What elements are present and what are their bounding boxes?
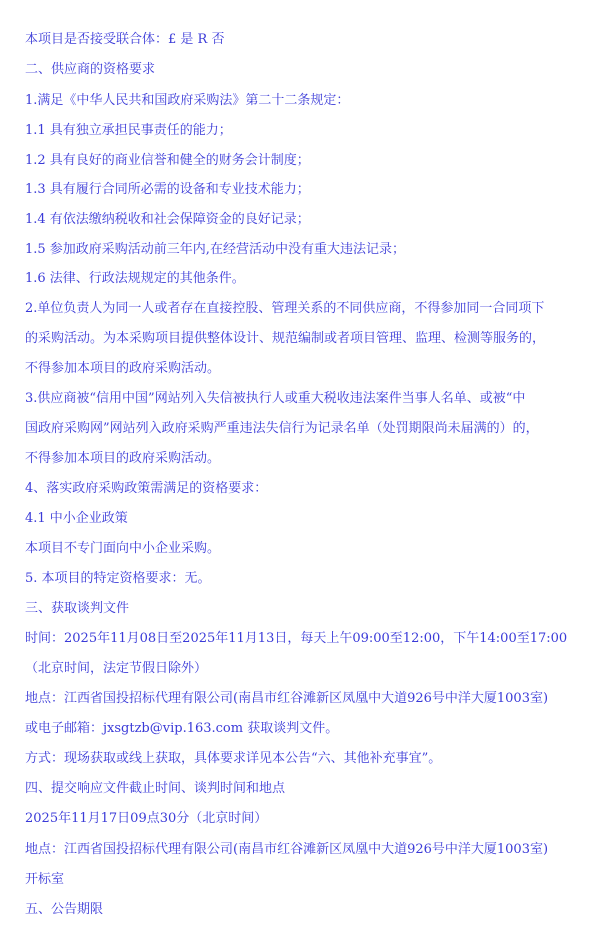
section-heading-announcement-period: 五、公告期限 bbox=[25, 902, 103, 918]
clause-1-3: 1.3 具有履行合同所必需的设备和专业技术能力； bbox=[25, 182, 310, 198]
negotiation-location: 地点：江西省国投招标代理有限公司(南昌市红谷滩新区凤凰中大道926号中洋大厦10… bbox=[25, 842, 548, 858]
clause-5: 5. 本项目的特定资格要求：无。 bbox=[25, 571, 211, 587]
clause-2-line-3: 不得参加本项目的政府采购活动。 bbox=[25, 361, 220, 377]
clause-3-line-3: 不得参加本项目的政府采购活动。 bbox=[25, 451, 220, 467]
clause-4-1: 4.1 中小企业政策 bbox=[25, 511, 128, 527]
clause-1-5: 1.5 参加政府采购活动前三年内,在经营活动中没有重大违法记录； bbox=[25, 242, 405, 258]
obtain-method: 方式：现场获取或线上获取，具体要求详见本公告“六、其他补充事宜”。 bbox=[25, 751, 441, 767]
sme-policy-statement: 本项目不专门面向中小企业采购。 bbox=[25, 541, 220, 557]
submission-deadline: 2025年11月17日09点30分（北京时间） bbox=[25, 811, 267, 827]
clause-4: 4、落实政府采购政策需满足的资格要求： bbox=[25, 481, 267, 497]
obtain-time-note: （北京时间，法定节假日除外） bbox=[25, 661, 207, 677]
clause-1-1: 1.1 具有独立承担民事责任的能力； bbox=[25, 123, 232, 139]
obtain-location: 地点：江西省国投招标代理有限公司(南昌市红谷滩新区凤凰中大道926号中洋大厦10… bbox=[25, 691, 548, 707]
clause-1: 1.满足《中华人民共和国政府采购法》第二十二条规定： bbox=[25, 93, 349, 109]
clause-3-line-1: 3.供应商被“信用中国”网站列入失信被执行人或重大税收违法案件当事人名单、或被“… bbox=[25, 391, 525, 407]
clause-1-4: 1.4 有依法缴纳税收和社会保障资金的良好记录； bbox=[25, 212, 310, 228]
consortium-acceptance-line: 本项目是否接受联合体：£ 是 R 否 bbox=[25, 32, 224, 48]
negotiation-room: 开标室 bbox=[25, 872, 64, 888]
clause-1-2: 1.2 具有良好的商业信誉和健全的财务会计制度； bbox=[25, 153, 310, 169]
obtain-email: 或电子邮箱：jxsgtzb@vip.163.com 获取谈判文件。 bbox=[25, 721, 338, 737]
section-heading-obtain-documents: 三、获取谈判文件 bbox=[25, 601, 129, 617]
clause-1-6: 1.6 法律、行政法规规定的其他条件。 bbox=[25, 271, 245, 287]
clause-3-line-2: 国政府采购网”网站列入政府采购严重违法失信行为记录名单（处罚期限尚未届满的）的， bbox=[25, 421, 539, 437]
obtain-time: 时间：2025年11月08日至2025年11月13日，每天上午09:00至12:… bbox=[25, 631, 567, 647]
section-heading-supplier-qualifications: 二、供应商的资格要求 bbox=[25, 62, 155, 78]
clause-2-line-1: 2.单位负责人为同一人或者存在直接控股、管理关系的不同供应商，不得参加同一合同项… bbox=[25, 301, 544, 317]
section-heading-submission-deadline: 四、提交响应文件截止时间、谈判时间和地点 bbox=[25, 781, 285, 797]
clause-2-line-2: 的采购活动。为本采购项目提供整体设计、规范编制或者项目管理、监理、检测等服务的， bbox=[25, 331, 545, 347]
